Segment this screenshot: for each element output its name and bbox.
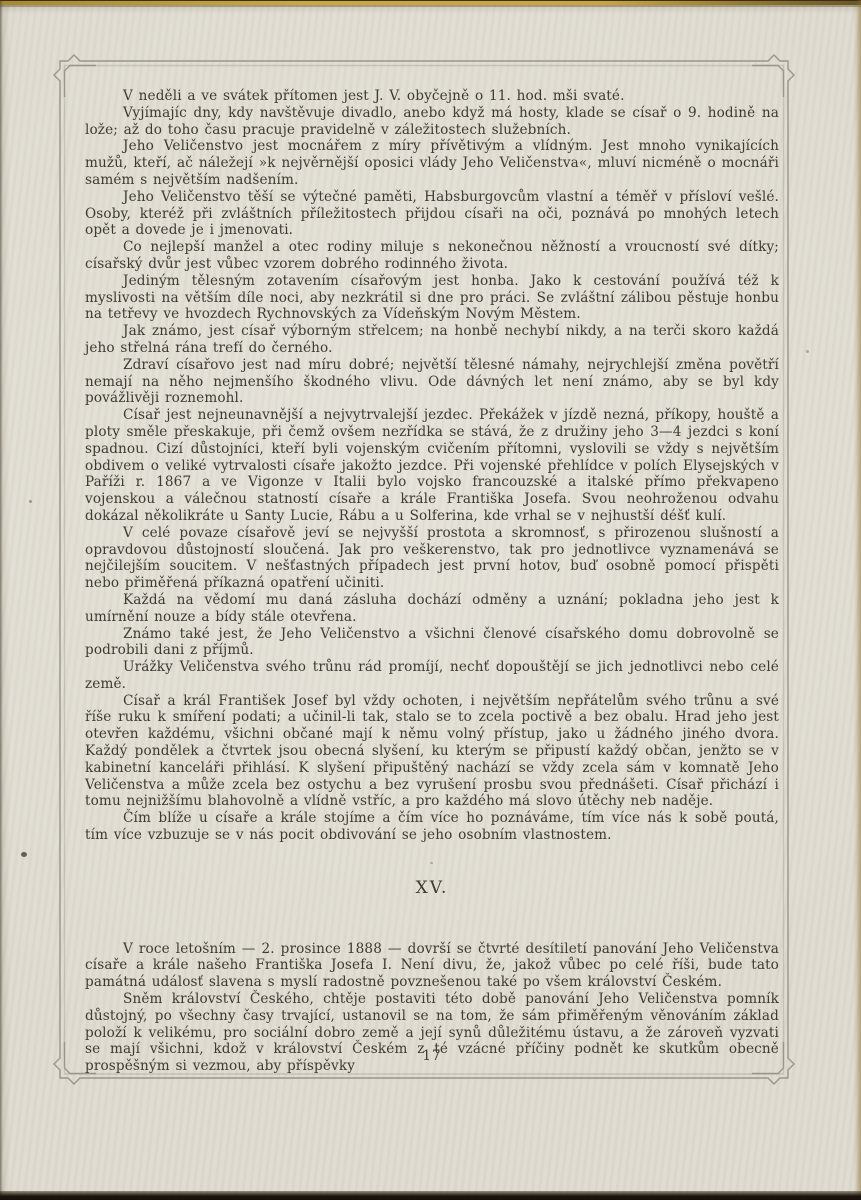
paragraph: V neděli a ve svátek přítomen jest J. V.…: [85, 88, 779, 105]
paragraph: Zdraví císařovo jest nad míru dobré; nej…: [85, 357, 779, 407]
chapter-heading: XV.: [85, 880, 779, 897]
paragraph: Co nejlepší manžel a otec rodiny miluje …: [85, 239, 779, 273]
scan-speck: [430, 862, 433, 864]
paragraph: Císař jest nejneunavnější a nejvytrvalej…: [85, 407, 779, 525]
paragraph: V celé povaze císařově jeví se nejvyšší …: [85, 525, 779, 592]
paragraph: Jeho Veličenstvo jest mocnářem z míry př…: [85, 138, 779, 188]
paragraph: Jak známo, jest císař výborným střelcem;…: [85, 323, 779, 357]
scan-speck: [806, 350, 809, 353]
paragraph: Jeho Veličenstvo těší se výtečné paměti,…: [85, 189, 779, 239]
scan-speck: [29, 500, 32, 503]
paragraph: Čím blíže u císaře a krále stojíme a čím…: [85, 810, 779, 844]
page-text: V neděli a ve svátek přítomen jest J. V.…: [85, 88, 779, 1075]
scan-speck: [21, 852, 27, 857]
paragraph: Císař a král František Josef byl vždy oc…: [85, 693, 779, 811]
paragraph: Jediným tělesným zotavením císařovým jes…: [85, 273, 779, 323]
paragraph: Vyjímajíc dny, kdy navštěvuje divadlo, a…: [85, 105, 779, 139]
paragraph: Každá na vědomí mu daná zásluha dochází …: [85, 592, 779, 626]
paragraph: Urážky Veličenstva svého trůnu rád promí…: [85, 659, 779, 693]
paragraph: V roce letošním — 2. prosince 1888 — dov…: [85, 941, 779, 991]
page-number: 17: [85, 1048, 779, 1064]
book-page: V neděli a ve svátek přítomen jest J. V.…: [0, 0, 861, 1200]
paragraph: Známo také jest, že Jeho Veličenstvo a v…: [85, 626, 779, 660]
